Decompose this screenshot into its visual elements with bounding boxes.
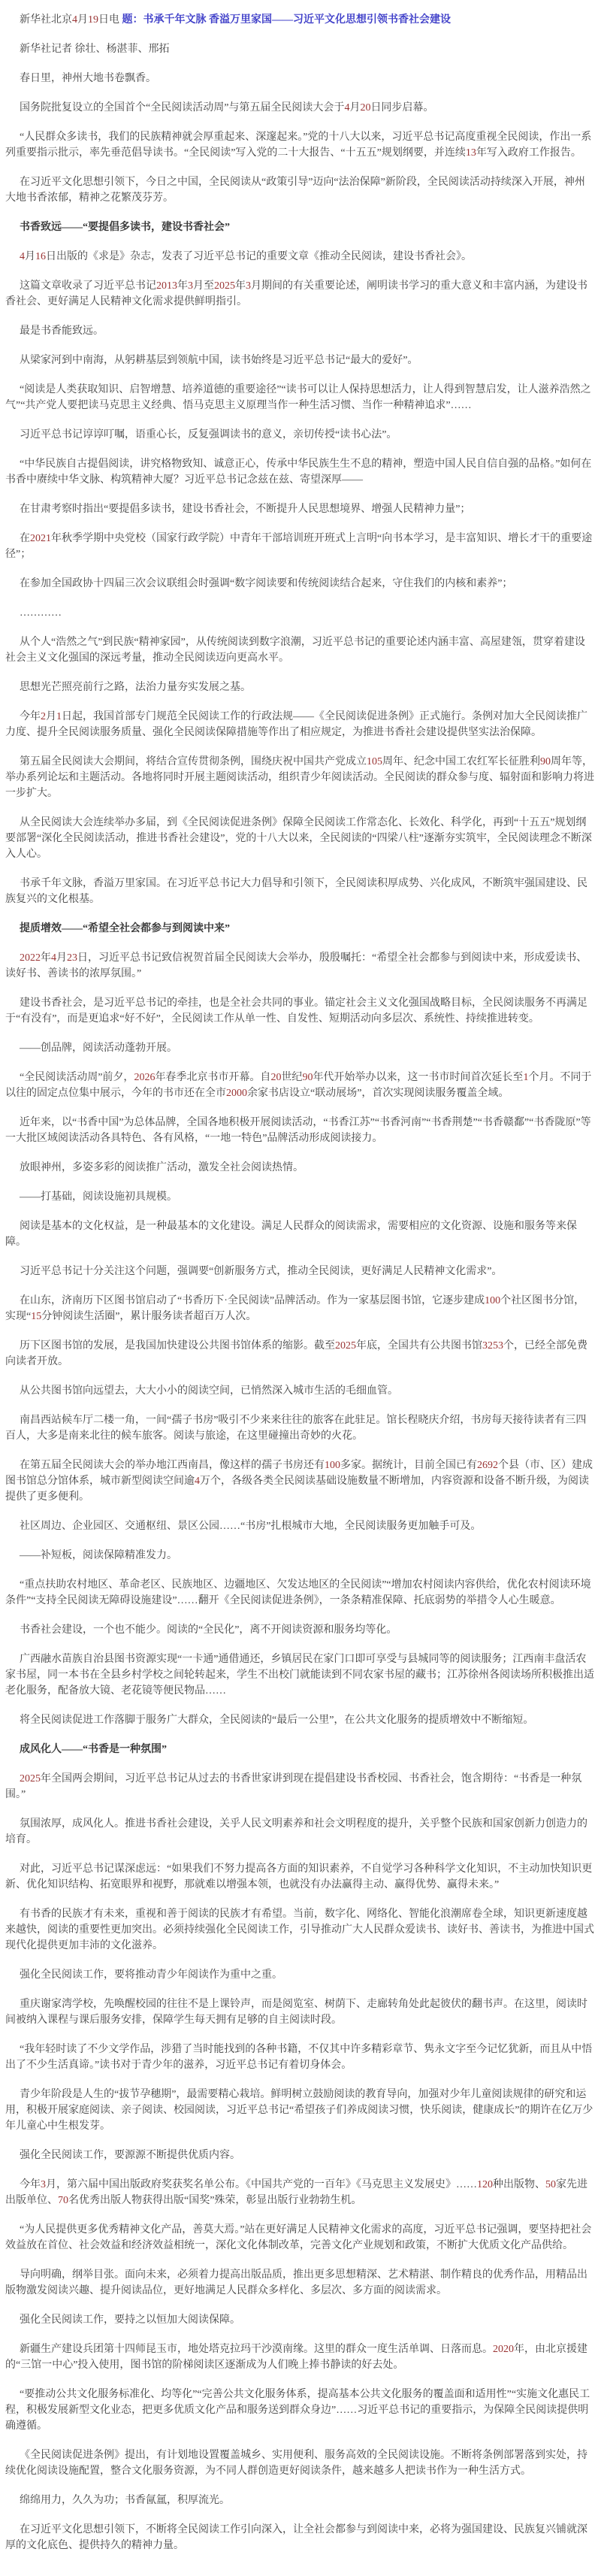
paragraph: ………… [5, 605, 595, 621]
paragraph: 在2021年秋季学期中央党校（国家行政学院）中青年干部培训班开班式上言明“向书本… [5, 531, 595, 562]
paragraph: 思想光芒照亮前行之路，法治力量夯实发展之基。 [5, 680, 595, 695]
paragraph: 从全民阅读大会连续举办多届，到《全民阅读促进条例》保障全民阅读工作常态化、长效化… [5, 815, 595, 862]
paragraph: “阅读是人类获取知识、启智增慧、培养道德的重要途径”“读书可以让人保持思想活力，… [5, 382, 595, 413]
paragraph: “人民群众多读书，我们的民族精神就会厚重起来、深邃起来。”党的十八大以来，习近平… [5, 129, 595, 161]
section-heading: 提质增效——“希望全社会都参与到阅读中来” [5, 921, 595, 937]
paragraph: 放眼神州，多姿多彩的阅读推广活动，激发全社会阅读热情。 [5, 1160, 595, 1176]
paragraph: 新疆生产建设兵团第十四师昆玉市，地处塔克拉玛干沙漠南缘。这里的群众一度生活单调、… [5, 2341, 595, 2373]
paragraph: 青少年阶段是人生的“拔节孕穗期”，最需要精心栽培。鲜明树立鼓励阅读的教育导向，加… [5, 2087, 595, 2134]
paragraph: 在习近平文化思想引领下，不断将全民阅读工作引向深入，让全社会都参与到阅读中来，必… [5, 2522, 595, 2553]
paragraph: 书香社会建设，一个也不能少。阅读的“全民化”，离不开阅读资源和服务均等化。 [5, 1622, 595, 1638]
paragraph: 2025年全国两会期间，习近平总书记从过去的书香世家讲到现在提倡建设书香校园、书… [5, 1771, 595, 1803]
dateline: 新华社北京4月19日电 [20, 14, 119, 26]
paragraph: 从梁家河到中南海，从躬耕基层到领航中国，读书始终是习近平总书记“最大的爱好”。 [5, 353, 595, 368]
paragraph: 《全民阅读促进条例》提出，有计划地设置覆盖城乡、实用便利、服务高效的全民阅读设施… [5, 2447, 595, 2479]
paragraph: 从公共图书馆向远望去，大大小小的阅读空间，已悄然深入城市生活的毛细血管。 [5, 1383, 595, 1399]
article-title: 题：书承千年文脉 香溢万里家国——习近平文化思想引领书香社会建设 [122, 14, 452, 26]
paragraph: 建设书香社会，是习近平总书记的牵挂，也是全社会共同的事业。锚定社会主义文化强国战… [5, 995, 595, 1027]
paragraph: “中华民族自古提倡阅读，讲究格物致知、诚意正心，传承中华民族生生不息的精神，塑造… [5, 456, 595, 488]
paragraph: “我年轻时读了不少文学作品，涉猎了当时能找到的各种书籍，不仅其中许多精彩章节、隽… [5, 2042, 595, 2073]
paragraph: 近年来，以“书香中国”为总体品牌，全国各地积极开展阅读活动，“书香江苏”“书香河… [5, 1115, 595, 1146]
paragraph: 在第五届全民阅读大会的举办地江西南昌，像这样的孺子书房还有100多家。据统计，目… [5, 1458, 595, 1505]
paragraph: 习近平总书记谆谆叮嘱，语重心长，反复强调读书的意义，亲切传授“读书心法”。 [5, 427, 595, 443]
paragraph: 广西融水苗族自治县图书资源实现“一卡通”通借通还，乡镇居民在家门口即可享受与县城… [5, 1651, 595, 1699]
paragraph: “要推动公共文化服务标准化、均等化”“完善公共文化服务体系，提高基本公共文化服务… [5, 2387, 595, 2434]
paragraph: ——补短板，阅读保障精准发力。 [5, 1548, 595, 1563]
paragraph: “为人民提供更多优秀精神文化产品，善莫大焉。”站在更好满足人民精神文化需求的高度… [5, 2222, 595, 2254]
paragraph: 在山东，济南历下区图书馆启动了“书香历下·全民阅读”品牌活动。作为一家基层图书馆… [5, 1293, 595, 1324]
paragraph: ——创品牌，阅读活动蓬勃开展。 [5, 1040, 595, 1056]
paragraph: 将全民阅读促进工作落脚于服务广大群众，全民阅读的“最后一公里”，在公共文化服务的… [5, 1712, 595, 1728]
section-heading: 书香致远——“要提倡多读书，建设书香社会” [5, 219, 595, 235]
paragraph: 南昌西站候车厅二楼一角，一间“孺子书房”吸引不少来来往往的旅客在此驻足。馆长程晓… [5, 1412, 595, 1444]
paragraph: 在甘肃考察时指出“要提倡多读书，建设书香社会，不断提升人民思想境界、增强人民精神… [5, 501, 595, 517]
section-heading: 成风化人——“书香是一种氛围” [5, 1742, 595, 1757]
headline-line: 新华社北京4月19日电 题：书承千年文脉 香溢万里家国——习近平文化思想引领书香… [5, 12, 595, 28]
paragraph: 这篇文章收录了习近平总书记2013年3月至2025年3月期间的有关重要论述，阐明… [5, 278, 595, 310]
paragraph: 有书香的民族才有未来，重视和善于阅读的民族才有希望。当前，数字化、网络化、智能化… [5, 1906, 595, 1954]
paragraph: 国务院批复设立的全国首个“全民阅读活动周”与第五届全民阅读大会于4月20日同步启… [5, 100, 595, 116]
paragraph: 第五届全民阅读大会期间，将结合宣传贯彻条例，围绕庆祝中国共产党成立105周年、纪… [5, 754, 595, 801]
paragraph: 历下区图书馆的发展，是我国加快建设公共图书馆体系的缩影。截至2025年底，全国共… [5, 1338, 595, 1370]
paragraph: 2022年4月23日，习近平总书记致信祝贺首届全民阅读大会举办，殷殷嘱托：“希望… [5, 950, 595, 982]
byline: 新华社记者 徐壮、杨湛菲、邢拓 [5, 41, 595, 57]
paragraph: 强化全民阅读工作，要源源不断提供优质内容。 [5, 2148, 595, 2163]
paragraph: 强化全民阅读工作，要持之以恒加大阅读保障。 [5, 2312, 595, 2328]
paragraph: 今年2月1日起，我国首部专门规范全民阅读工作的行政法规——《全民阅读促进条例》正… [5, 709, 595, 740]
paragraph: 氛围浓厚，成风化人。推进书香社会建设，关乎人民文明素养和社会文明程度的提升，关乎… [5, 1816, 595, 1848]
paragraph: 从个人“浩然之气”到民族“精神家园”，从传统阅读到数字浪潮，习近平总书记的重要论… [5, 634, 595, 666]
article-page: 新华社北京4月19日电 题：书承千年文脉 香溢万里家国——习近平文化思想引领书香… [0, 0, 601, 2576]
paragraph: 对此，习近平总书记谋深虑远：“如果我们不努力提高各方面的知识素养，不自觉学习各种… [5, 1861, 595, 1893]
article-body: 春日里，神州大地书卷飘香。国务院批复设立的全国首个“全民阅读活动周”与第五届全民… [5, 71, 595, 2553]
paragraph: 4月16日出版的《求是》杂志，发表了习近平总书记的重要文章《推动全民阅读，建设书… [5, 249, 595, 265]
paragraph: 在参加全国政协十四届三次会议联组会时强调“数字阅读要和传统阅读结合起来，守住我们… [5, 576, 595, 592]
paragraph: 今年3月，第六届中国出版政府奖获奖名单公布。《中国共产党的一百年》《马克思主义发… [5, 2177, 595, 2208]
paragraph: 最是书香能致远。 [5, 323, 595, 339]
paragraph: 春日里，神州大地书卷飘香。 [5, 71, 595, 86]
paragraph: 绵绵用力，久久为功；书香氤氲，积厚流光。 [5, 2493, 595, 2508]
paragraph: 重庆谢家湾学校，先唤醒校园的往往不是上课铃声，而是阅览室、树荫下、走廊转角处此起… [5, 1996, 595, 2028]
paragraph: 习近平总书记十分关注这个问题，强调要“创新服务方式，推动全民阅读，更好满足人民精… [5, 1264, 595, 1279]
paragraph: “重点扶助农村地区、革命老区、民族地区、边疆地区、欠发达地区的全民阅读”“增加农… [5, 1577, 595, 1609]
paragraph: 书承千年文脉，香溢万里家国。在习近平总书记大力倡导和引领下，全民阅读积厚成势、兴… [5, 876, 595, 907]
paragraph: “全民阅读活动周”前夕，2026年春季北京书市开幕。自20世纪90年代开始举办以… [5, 1070, 595, 1101]
paragraph: ——打基础，阅读设施初具规模。 [5, 1189, 595, 1205]
paragraph: 强化全民阅读工作，要将推动青少年阅读作为重中之重。 [5, 1967, 595, 1983]
paragraph: 社区周边、企业园区、交通枢纽、景区公园……“书房”扎根城市大地，全民阅读服务更加… [5, 1518, 595, 1534]
paragraph: 在习近平文化思想引领下，今日之中国，全民阅读从“政策引导”迈向“法治保障”新阶段… [5, 174, 595, 206]
paragraph: 导向明确，纲举目张。面向未来，必须着力提高出版品质，推出更多思想精深、艺术精湛、… [5, 2267, 595, 2299]
paragraph: 阅读是基本的文化权益，是一种最基本的文化建设。满足人民群众的阅读需求，需要相应的… [5, 1218, 595, 1250]
